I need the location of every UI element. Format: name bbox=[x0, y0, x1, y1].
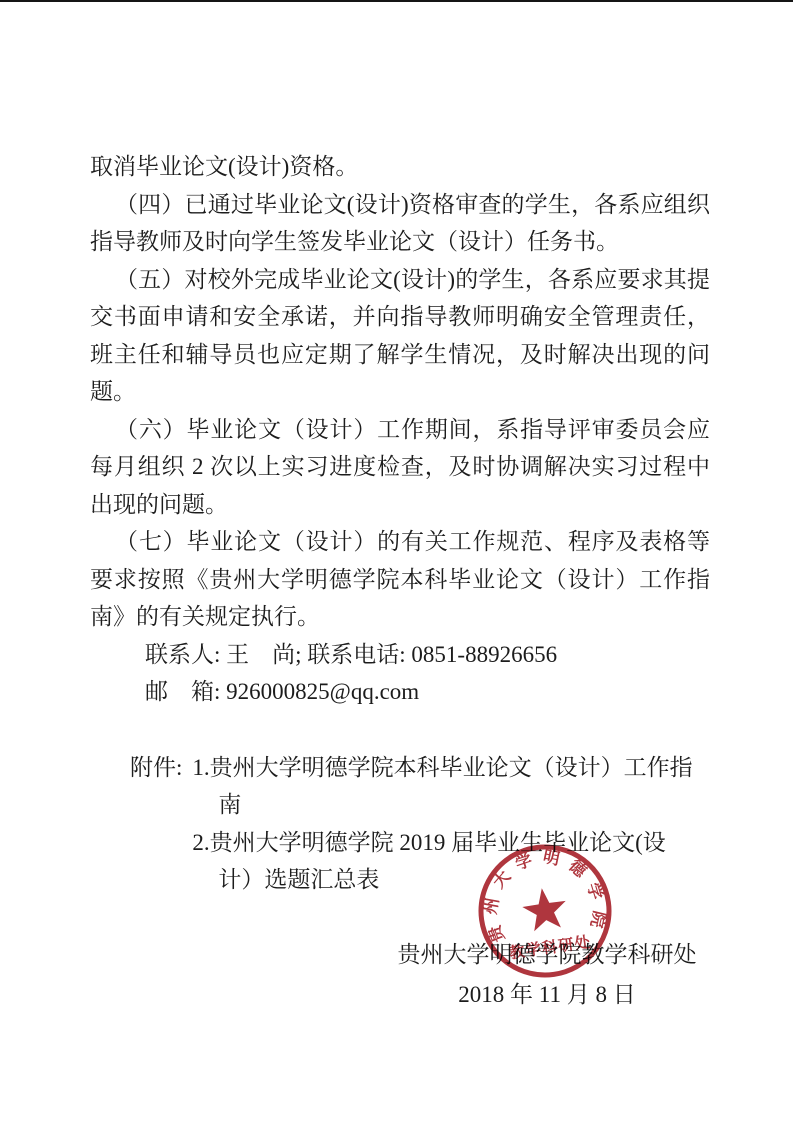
attachment-number: 2. bbox=[192, 830, 209, 855]
document-body: 取消毕业论文(设计)资格。 （四）已通过毕业论文(设计)资格审查的学生，各系应组… bbox=[90, 148, 710, 1015]
scan-edge-line bbox=[0, 0, 793, 2]
body-paragraph: 取消毕业论文(设计)资格。 bbox=[90, 148, 710, 186]
body-paragraph: （四）已通过毕业论文(设计)资格审查的学生，各系应组织指导教师及时向学生签发毕业… bbox=[90, 186, 710, 261]
attachment-title: 贵州大学明德学院本科毕业论文（设计）工作指南 bbox=[210, 755, 693, 818]
signature-org: 贵州大学明德学院教学科研处 bbox=[367, 935, 727, 975]
attachment-title: 贵州大学明德学院 2019 届毕业生毕业论文(设计）选题汇总表 bbox=[210, 830, 666, 893]
signature-block: 贵州大学明德学院教学科研处 2018 年 11 月 8 日 bbox=[367, 935, 727, 1015]
attachment-item: 1.贵州大学明德学院本科毕业论文（设计）工作指南 bbox=[192, 749, 697, 824]
document-page: 取消毕业论文(设计)资格。 （四）已通过毕业论文(设计)资格审查的学生，各系应组… bbox=[0, 0, 793, 1122]
body-paragraph: （五）对校外完成毕业论文(设计)的学生，各系应要求其提交书面申请和安全承诺，并向… bbox=[90, 261, 710, 411]
attachments-list: 1.贵州大学明德学院本科毕业论文（设计）工作指南 2.贵州大学明德学院 2019… bbox=[192, 749, 697, 899]
signature-date: 2018 年 11 月 8 日 bbox=[367, 975, 727, 1015]
attachment-number: 1. bbox=[192, 755, 209, 780]
attachment-item: 2.贵州大学明德学院 2019 届毕业生毕业论文(设计）选题汇总表 bbox=[192, 824, 697, 899]
body-paragraph: （七）毕业论文（设计）的有关工作规范、程序及表格等要求按照《贵州大学明德学院本科… bbox=[90, 523, 710, 636]
contact-person-line: 联系人: 王 尚; 联系电话: 0851-88926656 bbox=[90, 636, 710, 674]
contact-email-line: 邮 箱: 926000825@qq.com bbox=[90, 673, 710, 711]
body-paragraph: （六）毕业论文（设计）工作期间，系指导评审委员会应每月组织 2 次以上实习进度检… bbox=[90, 411, 710, 524]
attachments-label: 附件: bbox=[130, 749, 182, 787]
attachments-block: 附件: 1.贵州大学明德学院本科毕业论文（设计）工作指南 2.贵州大学明德学院 … bbox=[130, 749, 710, 899]
